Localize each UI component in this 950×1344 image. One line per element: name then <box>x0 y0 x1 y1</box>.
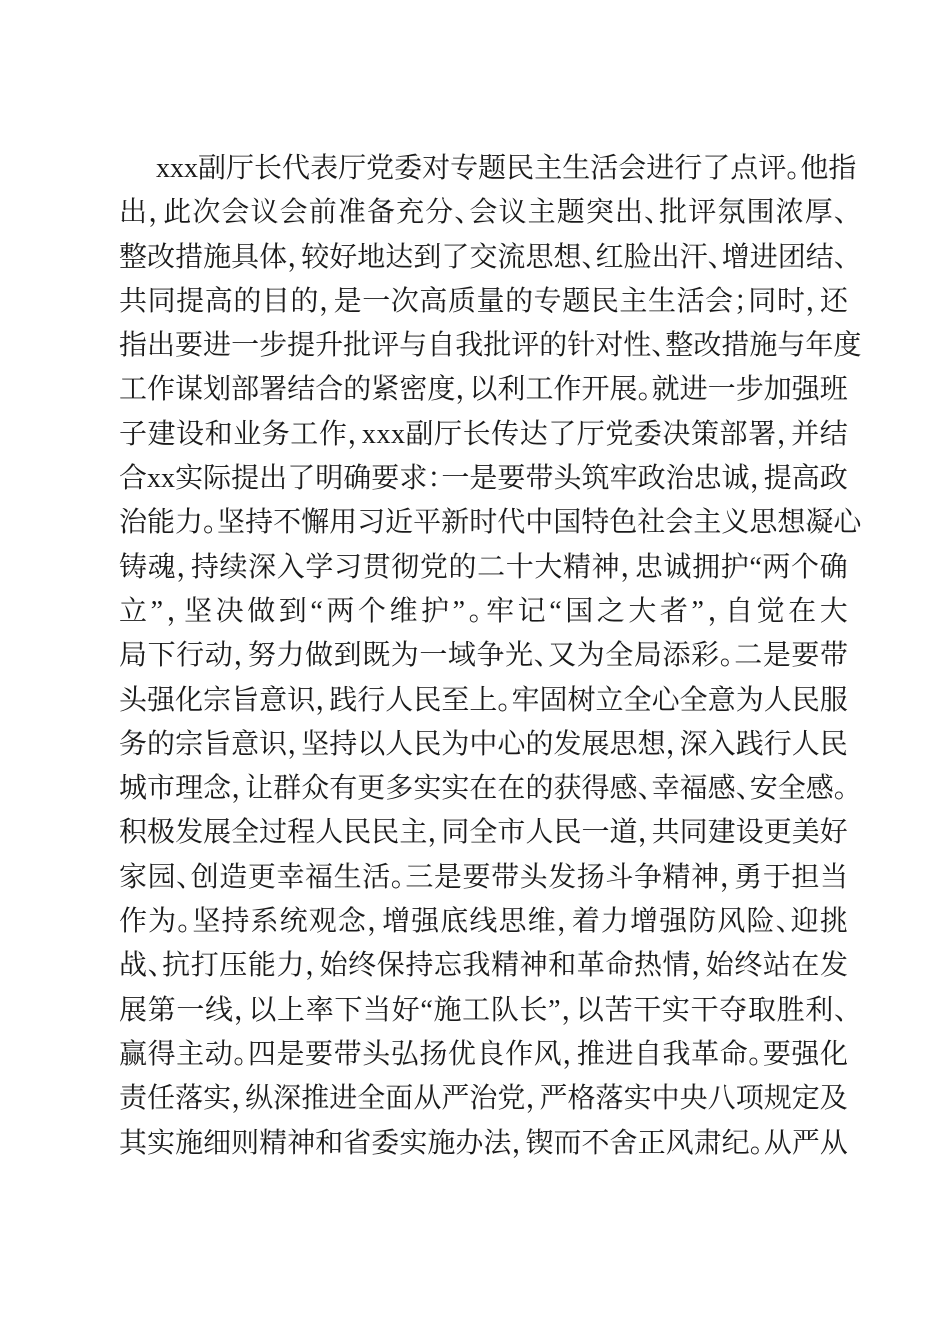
text-line: 局下行动，努力做到既为一域争光、又为全局添彩。二是要带 <box>119 634 848 678</box>
text-line: 家园、创造更幸福生活。三是要带头发扬斗争精神，勇于担当 <box>119 856 848 900</box>
text-line: 头强化宗旨意识，践行人民至上。牢固树立全心全意为人民服 <box>119 679 848 723</box>
document-page: xxx副厅长代表厅党委对专题民主生活会进行了点评。他指出，此次会议会前准备充分、… <box>0 0 950 1344</box>
text-line: 积极发展全过程人民民主，同全市人民一道，共同建设更美好 <box>119 811 848 855</box>
text-line: xxx副厅长代表厅党委对专题民主生活会进行了点评。他指 <box>119 147 848 191</box>
text-line: 立”，坚决做到“两个维护”。牢记“国之大者”，自觉在大 <box>119 590 848 634</box>
paragraph: xxx副厅长代表厅党委对专题民主生活会进行了点评。他指出，此次会议会前准备充分、… <box>119 147 848 1166</box>
text-line: 作为。坚持系统观念，增强底线思维，着力增强防风险、迎挑 <box>119 900 848 944</box>
text-line: 展第一线，以上率下当好“施工队长”，以苦干实干夺取胜利、 <box>119 989 848 1033</box>
text-line: 城市理念，让群众有更多实实在在的获得感、幸福感、安全感。 <box>119 767 848 811</box>
text-line: 铸魂，持续深入学习贯彻党的二十大精神，忠诚拥护“两个确 <box>119 546 848 590</box>
text-line: 其实施细则精神和省委实施办法，锲而不舍正风肃纪。从严从 <box>119 1122 848 1166</box>
text-line: 工作谋划部署结合的紧密度，以利工作开展。就进一步加强班 <box>119 368 848 412</box>
text-line: 战、抗打压能力，始终保持忘我精神和革命热情，始终站在发 <box>119 944 848 988</box>
text-line: 责任落实，纵深推进全面从严治党，严格落实中央八项规定及 <box>119 1077 848 1121</box>
text-line: 整改措施具体，较好地达到了交流思想、红脸出汗、增进团结、 <box>119 236 848 280</box>
text-line: 子建设和业务工作，xxx副厅长传达了厅党委决策部署，并结 <box>119 413 848 457</box>
text-line: 共同提高的目的，是一次高质量的专题民主生活会；同时，还 <box>119 280 848 324</box>
text-line: 合xx实际提出了明确要求：一是要带头筑牢政治忠诚，提高政 <box>119 457 848 501</box>
text-line: 务的宗旨意识，坚持以人民为中心的发展思想，深入践行人民 <box>119 723 848 767</box>
text-line: 指出要进一步提升批评与自我批评的针对性、整改措施与年度 <box>119 324 848 368</box>
text-line: 出，此次会议会前准备充分、会议主题突出、批评氛围浓厚、 <box>119 191 848 235</box>
text-line: 赢得主动。四是要带头弘扬优良作风，推进自我革命。要强化 <box>119 1033 848 1077</box>
text-line: 治能力。坚持不懈用习近平新时代中国特色社会主义思想凝心 <box>119 501 848 545</box>
